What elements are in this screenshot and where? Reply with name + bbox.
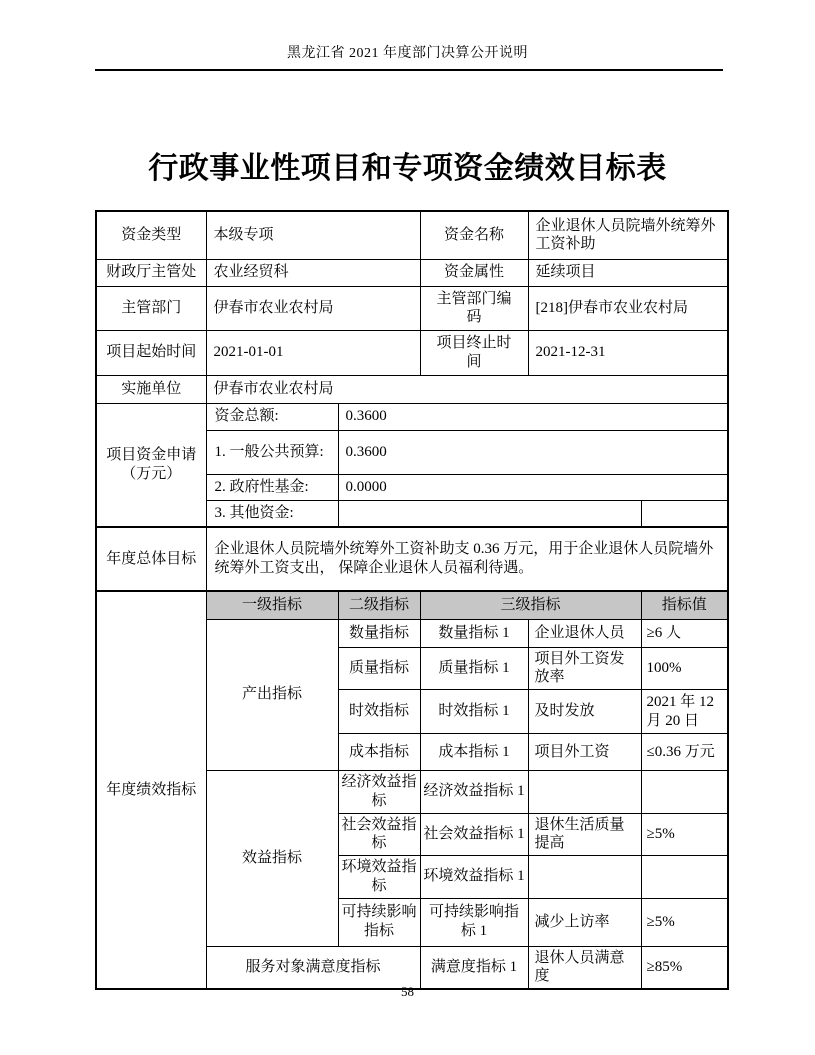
- indicator-level3-name: 时效指标 1: [420, 690, 528, 734]
- indicator-value: ≥5%: [641, 813, 728, 856]
- indicator-value: ≥85%: [641, 946, 728, 989]
- header-value: 指标值: [641, 591, 728, 619]
- funding-total-value: 0.3600: [338, 403, 728, 430]
- funding-request-label: 项目资金申请（万元）: [96, 403, 206, 527]
- indicator-level3-desc: 退休生活质量提高: [528, 813, 641, 856]
- indicator-level2: 环境效益指标: [338, 856, 420, 899]
- indicator-level3-name: 环境效益指标 1: [420, 856, 528, 899]
- indicator-value: 100%: [641, 647, 728, 690]
- funding-other-value: [338, 500, 641, 527]
- annual-goal-label: 年度总体目标: [96, 527, 206, 591]
- header-level3: 三级指标: [420, 591, 641, 619]
- indicator-value: [641, 771, 728, 814]
- indicator-value: ≥6 人: [641, 619, 728, 647]
- satisfaction-indicator-label: 服务对象满意度指标: [206, 946, 420, 989]
- indicator-level3-desc: 项目外工资发放率: [528, 647, 641, 690]
- indicator-level3-desc: 及时发放: [528, 690, 641, 734]
- document-page: 黑龙江省 2021 年度部门决算公开说明 行政事业性项目和专项资金绩效目标表 资…: [0, 0, 815, 1055]
- funding-general-budget-label: 1. 一般公共预算:: [206, 430, 338, 474]
- indicator-level3-desc: 项目外工资: [528, 734, 641, 771]
- dept-code-label: 主管部门编码: [420, 286, 528, 331]
- header-divider: [95, 69, 723, 71]
- indicator-level3-name: 成本指标 1: [420, 734, 528, 771]
- indicator-level3-name: 社会效益指标 1: [420, 813, 528, 856]
- page-title: 行政事业性项目和专项资金绩效目标表: [0, 143, 815, 187]
- indicator-level3-desc: [528, 856, 641, 899]
- performance-target-table: 资金类型 本级专项 资金名称 企业退休人员院墙外统筹外工资补助 财政厅主管处 农…: [95, 210, 729, 990]
- indicator-level3-desc: 减少上访率: [528, 898, 641, 946]
- indicator-level2: 时效指标: [338, 690, 420, 734]
- benefit-indicator-group-label: 效益指标: [206, 771, 338, 947]
- table-row: 财政厅主管处 农业经贸科 资金属性 延续项目: [96, 259, 728, 286]
- indicator-value: ≥5%: [641, 898, 728, 946]
- fund-attribute-label: 资金属性: [420, 259, 528, 286]
- indicator-header-row: 年度绩效指标 一级指标 二级指标 三级指标 指标值: [96, 591, 728, 619]
- funding-other-label: 3. 其他资金:: [206, 500, 338, 527]
- dept-code-value: [218]伊春市农业农村局: [528, 286, 728, 331]
- fund-name-value: 企业退休人员院墙外统筹外工资补助: [528, 211, 728, 259]
- header-level2: 二级指标: [338, 591, 420, 619]
- page-number: 58: [0, 984, 815, 1000]
- indicator-level3-name: 可持续影响指标 1: [420, 898, 528, 946]
- output-indicator-group-label: 产出指标: [206, 619, 338, 771]
- document-header-title: 黑龙江省 2021 年度部门决算公开说明: [0, 0, 815, 62]
- fund-type-value: 本级专项: [206, 211, 420, 259]
- header-level1: 一级指标: [206, 591, 338, 619]
- indicator-level2: 可持续影响指标: [338, 898, 420, 946]
- finance-office-label: 财政厅主管处: [96, 259, 206, 286]
- indicator-level3-desc: [528, 771, 641, 814]
- indicator-level2: 成本指标: [338, 734, 420, 771]
- indicator-level3-desc: 企业退休人员: [528, 619, 641, 647]
- end-date-value: 2021-12-31: [528, 331, 728, 376]
- annual-indicators-label: 年度绩效指标: [96, 591, 206, 989]
- indicator-level3-name: 满意度指标 1: [420, 946, 528, 989]
- funding-other-extra-cell: [641, 500, 728, 527]
- fund-attribute-value: 延续项目: [528, 259, 728, 286]
- funding-gov-fund-value: 0.0000: [338, 474, 728, 500]
- table-row: 年度总体目标 企业退休人员院墙外统筹外工资补助支 0.36 万元，用于企业退休人…: [96, 527, 728, 591]
- table-row: 项目起始时间 2021-01-01 项目终止时间 2021-12-31: [96, 331, 728, 376]
- funding-gov-fund-label: 2. 政府性基金:: [206, 474, 338, 500]
- indicator-value: ≤0.36 万元: [641, 734, 728, 771]
- indicator-value: [641, 856, 728, 899]
- table-row: 资金类型 本级专项 资金名称 企业退休人员院墙外统筹外工资补助: [96, 211, 728, 259]
- annual-goal-text: 企业退休人员院墙外统筹外工资补助支 0.36 万元，用于企业退休人员院墙外统筹外…: [206, 527, 728, 591]
- table-row: 主管部门 伊春市农业农村局 主管部门编码 [218]伊春市农业农村局: [96, 286, 728, 331]
- competent-dept-value: 伊春市农业农村局: [206, 286, 420, 331]
- indicator-level2: 社会效益指标: [338, 813, 420, 856]
- implement-unit-value: 伊春市农业农村局: [206, 375, 728, 403]
- end-date-label: 项目终止时间: [420, 331, 528, 376]
- table-row: 项目资金申请（万元） 资金总额: 0.3600: [96, 403, 728, 430]
- start-date-value: 2021-01-01: [206, 331, 420, 376]
- indicator-level3-name: 质量指标 1: [420, 647, 528, 690]
- competent-dept-label: 主管部门: [96, 286, 206, 331]
- fund-name-label: 资金名称: [420, 211, 528, 259]
- table-row: 实施单位 伊春市农业农村局: [96, 375, 728, 403]
- indicator-level3-desc: 退休人员满意度: [528, 946, 641, 989]
- funding-general-budget-value: 0.3600: [338, 430, 728, 474]
- indicator-level2: 质量指标: [338, 647, 420, 690]
- funding-total-label: 资金总额:: [206, 403, 338, 430]
- indicator-level3-name: 数量指标 1: [420, 619, 528, 647]
- indicator-level2: 数量指标: [338, 619, 420, 647]
- implement-unit-label: 实施单位: [96, 375, 206, 403]
- start-date-label: 项目起始时间: [96, 331, 206, 376]
- indicator-level2: 经济效益指标: [338, 771, 420, 814]
- indicator-value: 2021 年 12 月 20 日: [641, 690, 728, 734]
- fund-type-label: 资金类型: [96, 211, 206, 259]
- finance-office-value: 农业经贸科: [206, 259, 420, 286]
- indicator-level3-name: 经济效益指标 1: [420, 771, 528, 814]
